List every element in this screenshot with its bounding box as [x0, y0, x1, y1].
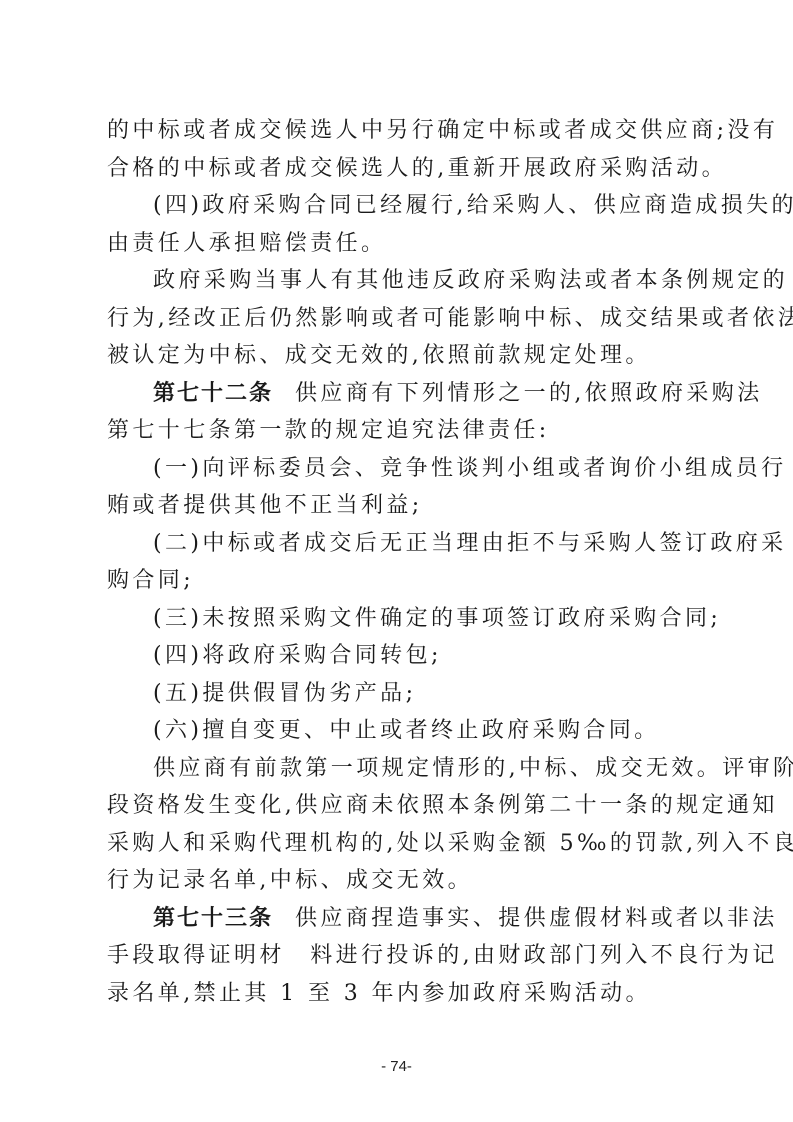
- text-line: 由责任人承担赔偿责任。: [107, 225, 689, 263]
- text-line: 合格的中标或者成交候选人的,重新开展政府采购活动。: [107, 150, 689, 188]
- text-line: (一)向评标委员会、竞争性谈判小组或者询价小组成员行: [107, 450, 689, 488]
- text-line: 录名单,禁止其 1 至 3 年内参加政府采购活动。: [107, 975, 689, 1013]
- text-line: 政府采购当事人有其他违反政府采购法或者本条例规定的: [107, 262, 689, 300]
- text-line: (五)提供假冒伪劣产品;: [107, 675, 689, 713]
- text-line: (四)将政府采购合同转包;: [107, 637, 689, 675]
- page-number: - 74-: [0, 1058, 793, 1075]
- text-line: 的中标或者成交候选人中另行确定中标或者成交供应商;没有: [107, 112, 689, 150]
- text-line: 行为,经改正后仍然影响或者可能影响中标、成交结果或者依法: [107, 300, 689, 338]
- text-line: 手段取得证明材 料进行投诉的,由财政部门列入不良行为记: [107, 937, 689, 975]
- text-line: 被认定为中标、成交无效的,依照前款规定处理。: [107, 337, 689, 375]
- article-text: 供应商捏造事实、提供虚假材料或者以非法: [295, 906, 778, 931]
- text-line: (四)政府采购合同已经履行,给采购人、供应商造成损失的,: [107, 187, 689, 225]
- text-line: 第七十七条第一款的规定追究法律责任:: [107, 412, 689, 450]
- text-line: 贿或者提供其他不正当利益;: [107, 487, 689, 525]
- text-line: 供应商有前款第一项规定情形的,中标、成交无效。评审阶: [107, 750, 689, 788]
- article-heading-73: 第七十三条: [153, 906, 273, 931]
- text-line: 段资格发生变化,供应商未依照本条例第二十一条的规定通知: [107, 787, 689, 825]
- text-line: 行为记录名单,中标、成交无效。: [107, 862, 689, 900]
- text-line: 采购人和采购代理机构的,处以采购金额 5‰的罚款,列入不良: [107, 825, 689, 863]
- text-line: (二)中标或者成交后无正当理由拒不与采购人签订政府采: [107, 525, 689, 563]
- document-page: 的中标或者成交候选人中另行确定中标或者成交供应商;没有 合格的中标或者成交候选人…: [0, 0, 793, 1122]
- article-72-line: 第七十二条供应商有下列情形之一的,依照政府采购法: [107, 375, 689, 413]
- text-line: (六)擅自变更、中止或者终止政府采购合同。: [107, 712, 689, 750]
- text-line: 购合同;: [107, 562, 689, 600]
- article-text: 供应商有下列情形之一的,依照政府采购法: [295, 381, 763, 406]
- text-line: (三)未按照采购文件确定的事项签订政府采购合同;: [107, 600, 689, 638]
- article-73-line: 第七十三条供应商捏造事实、提供虚假材料或者以非法: [107, 900, 689, 938]
- body-text: 的中标或者成交候选人中另行确定中标或者成交供应商;没有 合格的中标或者成交候选人…: [107, 112, 689, 1012]
- article-heading-72: 第七十二条: [153, 381, 273, 406]
